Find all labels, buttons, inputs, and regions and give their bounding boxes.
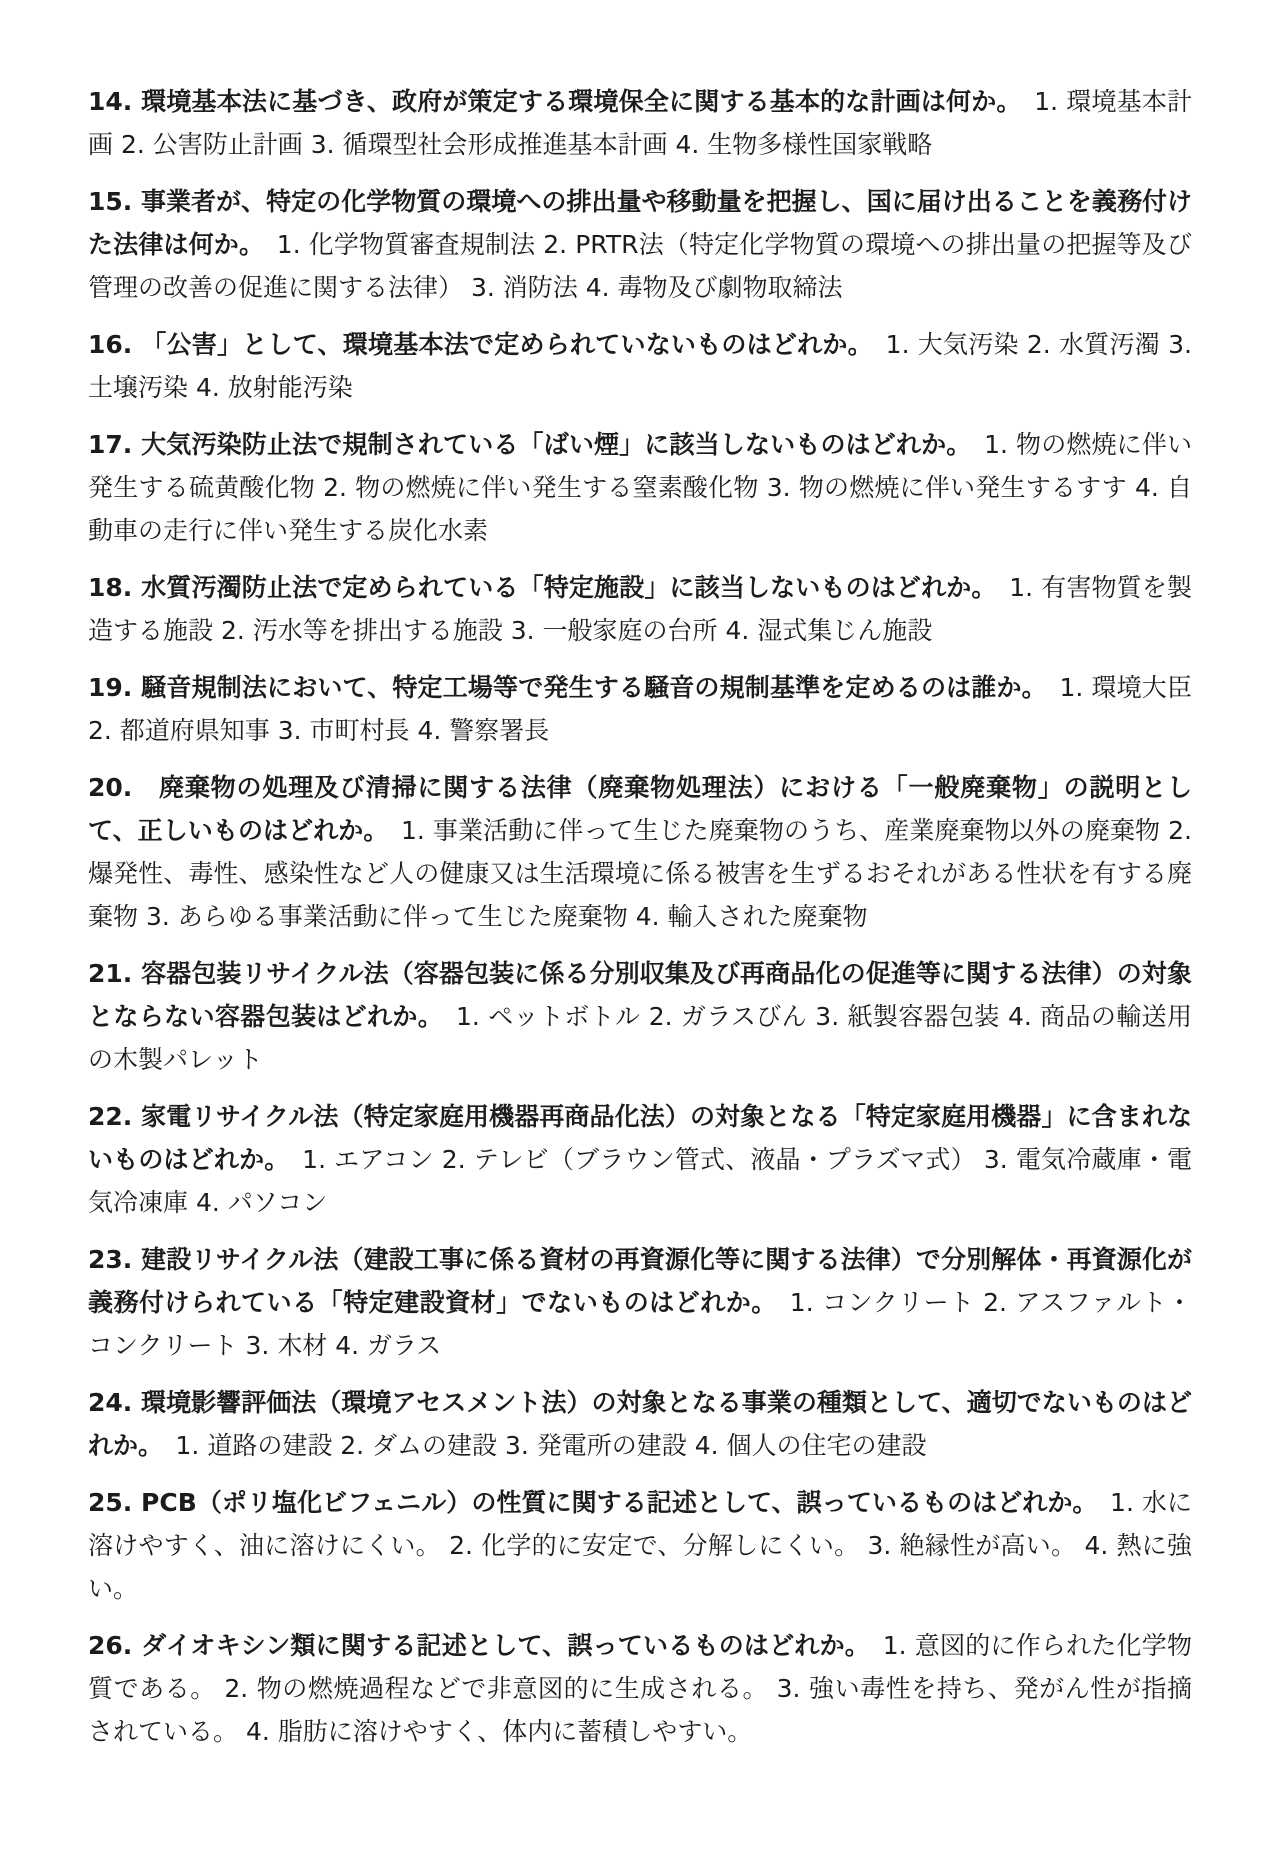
question-item: 22. 家電リサイクル法（特定家庭用機器再商品化法）の対象となる「特定家庭用機器… (88, 1095, 1192, 1224)
question-item: 15. 事業者が、特定の化学物質の環境への排出量や移動量を把握し、国に届け出るこ… (88, 180, 1192, 309)
question-item: 16. 「公害」として、環境基本法で定められていないものはどれか。 1. 大気汚… (88, 323, 1192, 409)
question-item: 19. 騒音規制法において、特定工場等で発生する騒音の規制基準を定めるのは誰か。… (88, 666, 1192, 752)
question-item: 24. 環境影響評価法（環境アセスメント法）の対象となる事業の種類として、適切で… (88, 1381, 1192, 1467)
question-item: 26. ダイオキシン類に関する記述として、誤っているものはどれか。 1. 意図的… (88, 1624, 1192, 1753)
question-item: 21. 容器包装リサイクル法（容器包装に係る分別収集及び再商品化の促進等に関する… (88, 952, 1192, 1081)
question-stem: 14. 環境基本法に基づき、政府が策定する環境保全に関する基本的な計画は何か。 (88, 87, 1009, 116)
question-options: 1. 道路の建設 2. ダムの建設 3. 発電所の建設 4. 個人の住宅の建設 (151, 1431, 927, 1460)
question-stem: 17. 大気汚染防止法で規制されている「ばい煙」に該当しないものはどれか。 (88, 430, 959, 459)
question-stem: 19. 騒音規制法において、特定工場等で発生する騒音の規制基準を定めるのは誰か。 (88, 673, 1034, 702)
question-item: 17. 大気汚染防止法で規制されている「ばい煙」に該当しないものはどれか。 1.… (88, 423, 1192, 552)
question-item: 20. 廃棄物の処理及び清掃に関する法律（廃棄物処理法）における「一般廃棄物」の… (88, 766, 1192, 938)
question-stem: 18. 水質汚濁防止法で定められている「特定施設」に該当しないものはどれか。 (88, 573, 984, 602)
question-stem: 25. PCB（ポリ塩化ビフェニル）の性質に関する記述として、誤っているものはど… (88, 1488, 1085, 1517)
question-item: 18. 水質汚濁防止法で定められている「特定施設」に該当しないものはどれか。 1… (88, 566, 1192, 652)
quiz-document-page: 14. 環境基本法に基づき、政府が策定する環境保全に関する基本的な計画は何か。 … (0, 0, 1280, 1866)
question-item: 14. 環境基本法に基づき、政府が策定する環境保全に関する基本的な計画は何か。 … (88, 80, 1192, 166)
question-options: 1. 化学物質審査規制法 2. PRTR法（特定化学物質の環境への排出量の把握等… (88, 230, 1192, 302)
question-stem: 26. ダイオキシン類に関する記述として、誤っているものはどれか。 (88, 1631, 858, 1660)
question-stem: 16. 「公害」として、環境基本法で定められていないものはどれか。 (88, 330, 860, 359)
question-item: 25. PCB（ポリ塩化ビフェニル）の性質に関する記述として、誤っているものはど… (88, 1481, 1192, 1610)
question-item: 23. 建設リサイクル法（建設工事に係る資材の再資源化等に関する法律）で分別解体… (88, 1238, 1192, 1367)
